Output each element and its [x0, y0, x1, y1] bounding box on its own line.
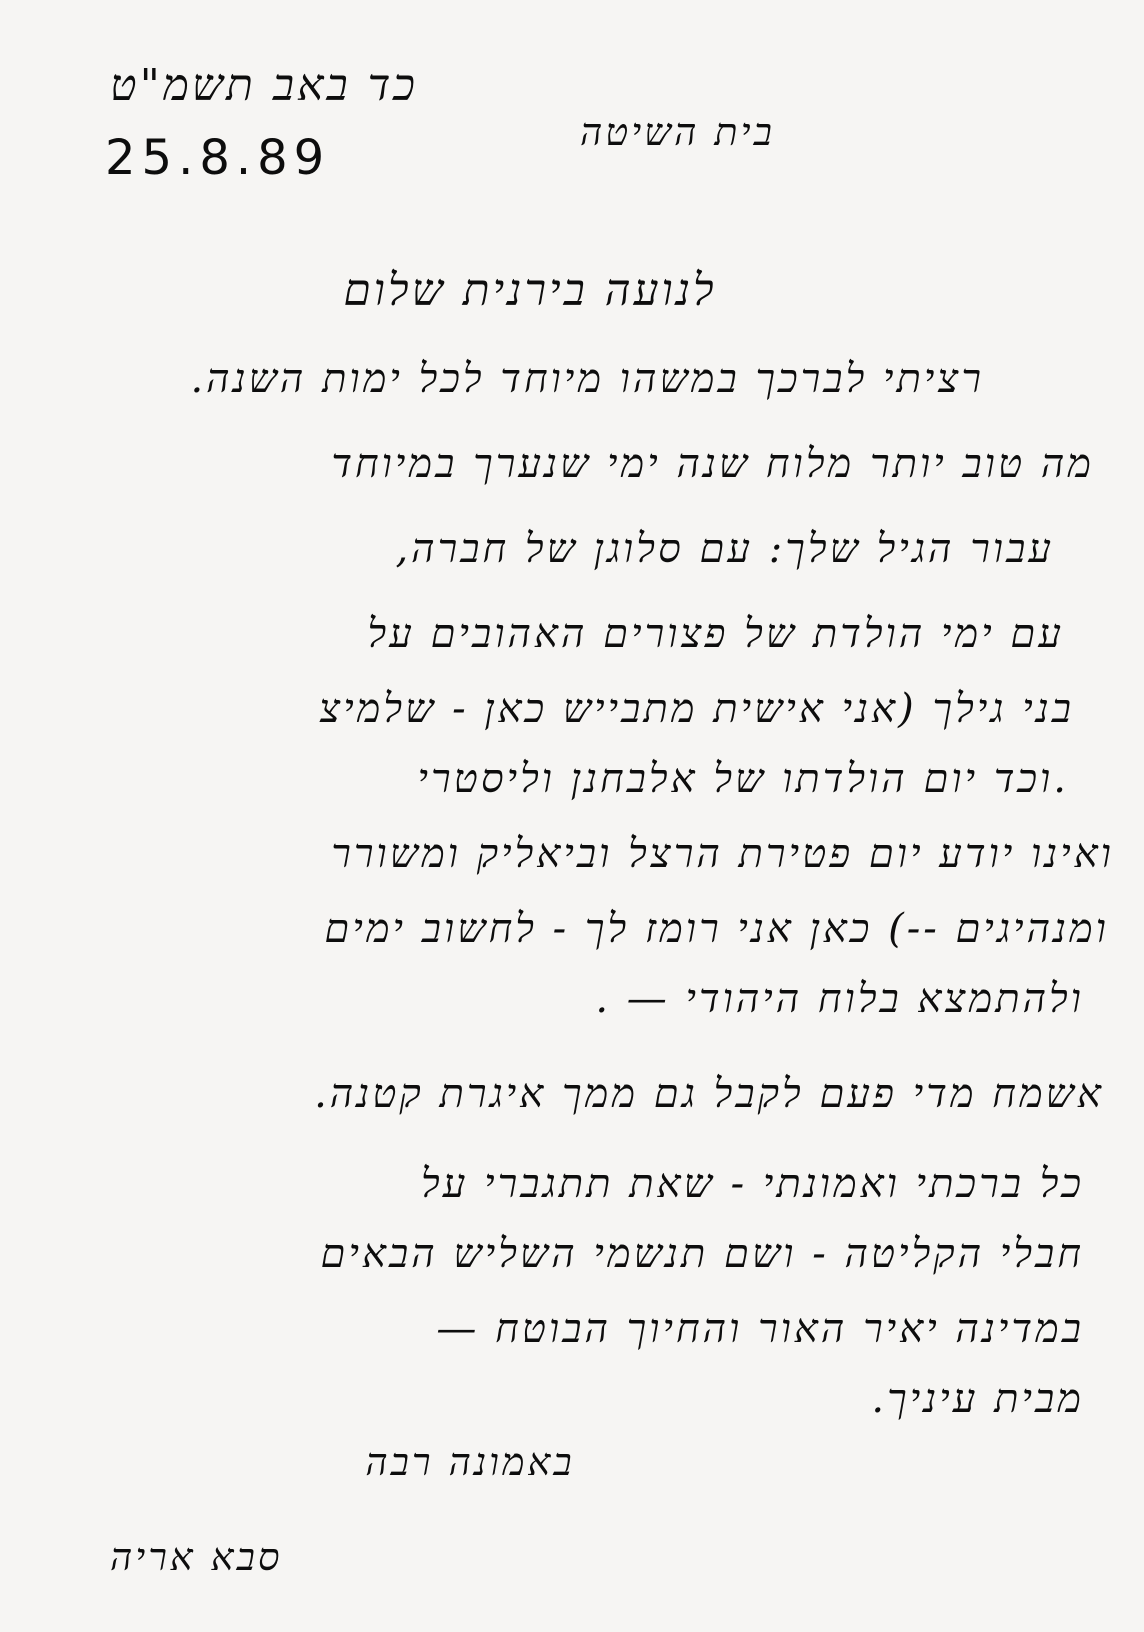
closing: באמונה רבה [300, 1440, 640, 1485]
body-line: רציתי לברכך במשהו מיוחד לכל ימות השנה. [190, 355, 984, 402]
body-line: .וכד יום הולדתו של אלבחנן וליסטרי [418, 755, 1069, 802]
salutation: לנועה בירנית שלום [320, 265, 740, 316]
body-line: בני גילך (אני אישית מתבייש כאן - שלמיצ [319, 685, 1074, 732]
body-line: עבור הגיל שלך: עם סלוגן של חברה, [395, 525, 1054, 572]
gregorian-date: 25.8.89 [105, 130, 330, 186]
body-line: חבלי הקליטה - ושם תנשמי השליש הבאים [321, 1230, 1084, 1277]
signature: סבא אריה [110, 1535, 350, 1580]
body-line: ולהתמצא בלוח היהודי — . [595, 975, 1084, 1022]
hebrew-date: כד באב תשמ"ט [110, 60, 490, 111]
body-line: כל ברכתי ואמונתי - שאת תתגברי על [421, 1160, 1084, 1207]
letter-place: בית השיטה [580, 110, 800, 155]
body-line: אשמח מדי פעם לקבל גם ממך איגרת קטנה. [314, 1070, 1104, 1117]
body-line: במדינה יאיר האור והחיוך הבוטח — [436, 1305, 1084, 1352]
body-line: מבית עיניך. [871, 1375, 1084, 1422]
body-line: עם ימי הולדת של פצורים האהובים על [368, 610, 1064, 657]
body-line: ומנהיגים --) כאן אני רומז לך - לחשוב ימי… [324, 905, 1109, 952]
body-line: מה טוב יותר מלוח שנה ימי שנערך במיוחד [331, 440, 1094, 487]
letter-page: כד באב תשמ"ט 25.8.89 בית השיטה לנועה ביר… [0, 0, 1144, 1632]
body-line: ואינו יודע יום פטירת הרצל וביאליק ומשורר [331, 830, 1114, 877]
